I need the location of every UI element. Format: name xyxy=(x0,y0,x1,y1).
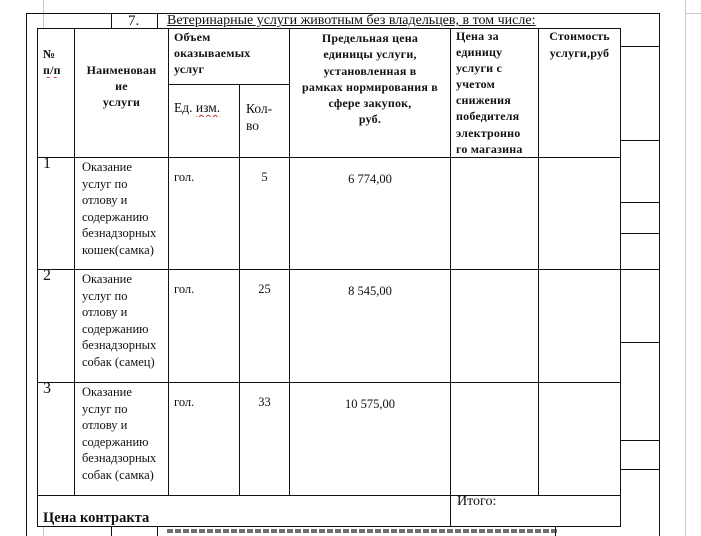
table-border-bottom xyxy=(37,526,621,527)
section-title: Ветеринарные услуги животным без владель… xyxy=(167,13,535,29)
row-service-name: Оказаниеуслуг поотлову исодержаниюбезнад… xyxy=(82,159,168,258)
row-max-price: 8 545,00 xyxy=(290,283,450,300)
header-max-price-line: руб. xyxy=(290,111,450,127)
row-unit-price[interactable] xyxy=(451,270,538,380)
header-cost-line: услуги,руб xyxy=(539,45,620,62)
header-volume-line: Объем xyxy=(174,29,289,45)
header-volume: Объем оказываемых услуг xyxy=(174,29,289,77)
header-unit-price-line: услуги с xyxy=(456,60,538,76)
service-name-line: Оказание xyxy=(82,271,168,288)
service-name-line: Оказание xyxy=(82,159,168,176)
total-label: Итого: xyxy=(457,494,557,510)
top-margin-guide xyxy=(686,13,701,14)
row-unit: гол. xyxy=(174,169,238,186)
row-number: 2 xyxy=(43,268,73,284)
service-name-line: собак (самка) xyxy=(82,467,168,484)
next-section-text-cutoff xyxy=(167,527,557,536)
header-name-line: Наименован xyxy=(75,62,168,78)
contract-price-label: Цена контракта xyxy=(43,510,343,526)
header-max-price-line: единицы услуги, xyxy=(290,46,450,62)
header-unit-price-line: Цена за xyxy=(456,28,538,44)
row-cost[interactable] xyxy=(539,158,620,268)
service-name-line: безнадзорных xyxy=(82,225,168,242)
section-number: 7. xyxy=(128,13,139,29)
service-name-line: отлову и xyxy=(82,417,168,434)
header-qty-line: Кол- xyxy=(246,100,288,117)
row-qty: 33 xyxy=(240,394,289,411)
row-unit-price[interactable] xyxy=(451,383,538,493)
header-unit-b: изм. xyxy=(196,100,220,115)
header-cost-line: Стоимость xyxy=(539,28,620,45)
service-name-line: отлову и xyxy=(82,304,168,321)
service-name-line: отлову и xyxy=(82,192,168,209)
bg-row-line xyxy=(621,469,659,470)
row-cost[interactable] xyxy=(539,270,620,380)
table-border-right xyxy=(620,28,621,527)
row-service-name: Оказаниеуслуг поотлову исодержаниюбезнад… xyxy=(82,271,168,370)
right-margin-guide xyxy=(685,0,686,536)
service-name-line: услуг по xyxy=(82,176,168,193)
header-num-sub: п/п xyxy=(43,62,73,78)
bg-col-divider xyxy=(157,527,158,536)
header-qty-line: во xyxy=(246,117,288,134)
header-unit-price-line: учетом xyxy=(456,76,538,92)
service-name-line: безнадзорных xyxy=(82,337,168,354)
service-name-line: услуг по xyxy=(82,288,168,305)
header-name-line: ие xyxy=(75,78,168,94)
row-qty: 5 xyxy=(240,169,289,186)
header-unit-price-line: электронно xyxy=(456,125,538,141)
header-service-name: Наименован ие услуги xyxy=(75,62,168,110)
row-qty: 25 xyxy=(240,281,289,298)
bg-row-line xyxy=(621,440,659,441)
header-max-price-line: сфере закупок, xyxy=(290,95,450,111)
service-name-line: содержанию xyxy=(82,321,168,338)
header-unit-price: Цена заединицууслуги сучетомсниженияпобе… xyxy=(456,28,538,157)
header-volume-line: оказываемых xyxy=(174,45,289,61)
col-line xyxy=(168,28,169,495)
bg-row-line xyxy=(621,269,659,270)
row-max-price: 10 575,00 xyxy=(290,396,450,413)
row-max-price: 6 774,00 xyxy=(290,171,450,188)
bg-row-line xyxy=(621,233,659,234)
header-num: № п/п xyxy=(43,46,73,78)
row-number: 1 xyxy=(43,156,73,172)
header-unit-price-line: единицу xyxy=(456,44,538,60)
row-cost[interactable] xyxy=(539,383,620,493)
header-volume-line: услуг xyxy=(174,61,289,77)
header-max-price-line: установленная в xyxy=(290,63,450,79)
header-unit-price-line: снижения xyxy=(456,92,538,108)
service-name-line: кошек(самка) xyxy=(82,242,168,259)
header-cost: Стоимостьуслуги,руб xyxy=(539,28,620,62)
row-number: 3 xyxy=(43,381,73,397)
header-unit-a: Ед. xyxy=(174,100,193,115)
row-unit: гол. xyxy=(174,281,238,298)
bg-col-divider xyxy=(157,13,158,29)
bg-col-divider xyxy=(111,13,112,29)
bg-table-left-border xyxy=(26,13,27,536)
bg-row-line xyxy=(621,46,659,47)
header-qty: Кол- во xyxy=(246,100,288,134)
header-unit-price-line: го магазина xyxy=(456,141,538,157)
row-service-name: Оказаниеуслуг поотлову исодержаниюбезнад… xyxy=(82,384,168,483)
header-name-line: услуги xyxy=(75,94,168,110)
header-subrow-line xyxy=(168,84,290,85)
services-price-table: № п/п Наименован ие услуги Объем оказыва… xyxy=(37,28,621,527)
header-max-price-line: рамках нормирования в xyxy=(290,79,450,95)
header-num-symbol: № xyxy=(43,46,73,62)
service-name-line: безнадзорных xyxy=(82,450,168,467)
bg-row-line xyxy=(621,202,659,203)
bg-col-divider xyxy=(111,527,112,536)
header-max-price-line: Предельная цена xyxy=(290,30,450,46)
header-unit-price-line: победителя xyxy=(456,108,538,124)
table-border-left xyxy=(37,28,38,527)
bg-table-right-border xyxy=(659,13,660,536)
service-name-line: собак (самец) xyxy=(82,354,168,371)
service-name-line: содержанию xyxy=(82,434,168,451)
service-name-line: Оказание xyxy=(82,384,168,401)
header-unit: Ед. изм. xyxy=(174,100,238,117)
bg-row-line xyxy=(621,342,659,343)
header-max-price: Предельная ценаединицы услуги,установлен… xyxy=(290,30,450,128)
service-name-line: содержанию xyxy=(82,209,168,226)
row-unit-price[interactable] xyxy=(451,158,538,268)
service-name-line: услуг по xyxy=(82,401,168,418)
row-unit: гол. xyxy=(174,394,238,411)
bg-row-line xyxy=(621,140,659,141)
